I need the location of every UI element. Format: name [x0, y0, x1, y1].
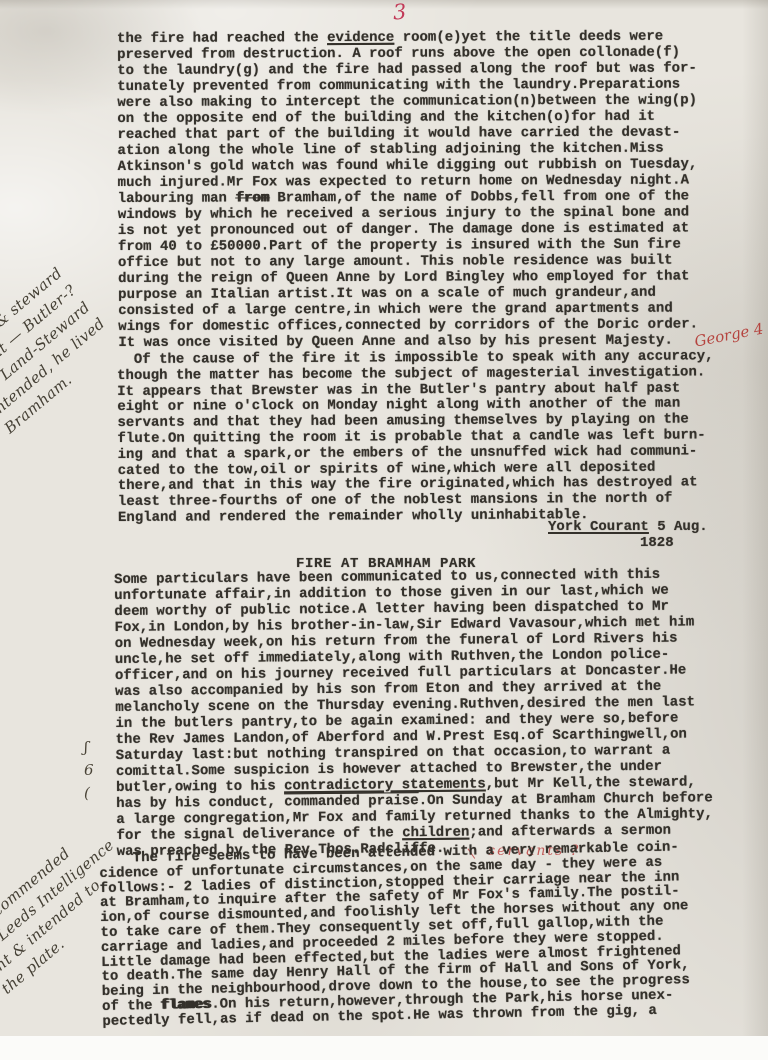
- over-segment: commanded praise: [284, 793, 419, 810]
- text-segment: least three-fourths of one of the nobles…: [118, 491, 673, 510]
- text-line: (: [84, 782, 94, 805]
- text-line: 1828: [548, 535, 708, 551]
- text-segment: ;and afterwards a sermon: [469, 823, 671, 841]
- text-line: 6: [84, 759, 94, 782]
- text-segment: the fire had reached the: [117, 30, 327, 47]
- u-segment: evidence: [327, 30, 394, 46]
- text-segment: (: [84, 784, 90, 802]
- text-segment: butler,owing to his: [116, 778, 284, 796]
- text-line: York Courant 5 Aug.: [548, 519, 708, 535]
- paragraph-some-particulars: Some particulars have been communicated …: [114, 566, 713, 860]
- text-segment: 6: [84, 761, 94, 779]
- text-segment: ʃ: [84, 738, 88, 756]
- handwritten-page-number: 3: [392, 0, 407, 24]
- paragraph-cause-of-fire: Of the cause of the fire it is impossibl…: [117, 349, 715, 526]
- text-segment: Bramham,of the name of Dobbs,fell from o…: [269, 189, 689, 207]
- u-segment: contradictory statements: [284, 776, 486, 794]
- u-segment: children: [402, 825, 469, 842]
- source-citation: York Courant 5 Aug.1828: [548, 519, 708, 551]
- strike-segment: from: [235, 190, 269, 206]
- scanned-document-page: 3 master & stewardabsent — Butler-?the L…: [0, 0, 768, 1060]
- text-segment: room(e)yet the title deeds were: [394, 29, 663, 46]
- paragraph-fire-damage: the fire had reached the evidence room(e…: [117, 28, 698, 351]
- text-segment: labouring man: [118, 190, 236, 207]
- u-segment: York Courant: [548, 519, 649, 535]
- scan-edge-bottom: [0, 1036, 768, 1060]
- margin-correction-marks: ʃ6(: [84, 736, 94, 805]
- text-segment: 5 Aug.: [649, 519, 708, 535]
- text-segment: England and rendered the remainder wholl…: [118, 507, 589, 526]
- paragraph-coincidences: The fire seems to have been attended wit…: [99, 840, 691, 1029]
- text-line: ʃ: [84, 736, 94, 759]
- text-segment: has by his conduct,: [116, 794, 284, 812]
- text-segment: 1828: [640, 535, 674, 551]
